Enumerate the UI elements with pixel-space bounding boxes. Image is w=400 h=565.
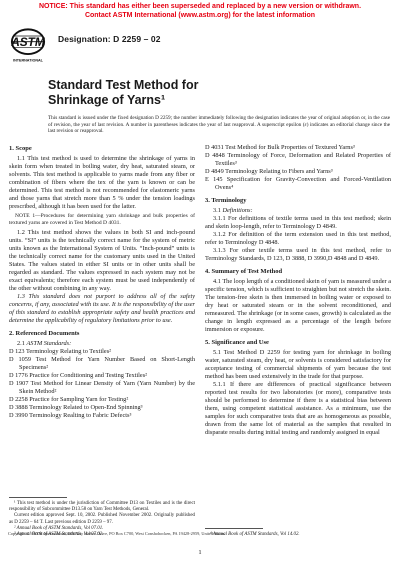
astm-logo: ASTM INTERNATIONAL [9, 27, 49, 69]
section-1-heading: 1. Scope [9, 145, 195, 153]
paragraph-1-2: 1.2 This test method shows the values in… [9, 229, 195, 293]
notice-line-1: NOTICE: This standard has either been su… [0, 3, 400, 12]
reference-item: D 4031 Test Method for Bulk Properties o… [205, 144, 391, 152]
section-2-heading: 2. Referenced Documents [9, 330, 195, 338]
title-line-2: Shrinkage of Yarns¹ [48, 93, 392, 108]
reference-item: D 3990 Terminology Realting to Fabric De… [9, 412, 195, 420]
document-title: Standard Test Method for Shrinkage of Ya… [48, 78, 392, 107]
paragraph-3-1-label: Definitions: [222, 207, 252, 214]
reference-item: D 2258 Practice for Sampling Yarn for Te… [9, 396, 195, 404]
section-5-heading: 5. Significance and Use [205, 339, 391, 347]
document-header: ASTM INTERNATIONAL Designation: D 2259 –… [9, 27, 392, 69]
astm-globe-icon: ASTM INTERNATIONAL [9, 27, 47, 64]
reference-item: D 1907 Test Method for Linear Density of… [9, 380, 195, 396]
paragraph-5-1-1: 5.1.1 If there are differences of practi… [205, 381, 391, 437]
designation-label: Designation: D 2259 – 02 [58, 34, 161, 44]
paragraph-3-1-3: 3.1.3 For other textile terms used in th… [205, 247, 391, 263]
title-line-1: Standard Test Method for [48, 78, 392, 93]
referenced-documents-list-right: D 4031 Test Method for Bulk Properties o… [205, 144, 391, 192]
two-column-body: 1. Scope 1.1 This test method is used to… [9, 144, 391, 538]
reference-item: D 1776 Practice for Conditioning and Tes… [9, 372, 195, 380]
paragraph-2-1: 2.1 ASTM Standards: [9, 340, 195, 348]
copyright-line: Copyright © ASTM International, 100 Barr… [8, 531, 226, 536]
section-3-heading: 3. Terminology [205, 197, 391, 205]
paragraph-4-1: 4.1 The loop length of a conditioned ske… [205, 278, 391, 334]
reference-item: D 1059 Test Method for Yarn Number Based… [9, 356, 195, 372]
footnote-4: ⁴ Annual Book of ASTM Standards, Vol 14.… [205, 532, 391, 538]
footnote-divider-left [9, 497, 67, 498]
left-column: 1. Scope 1.1 This test method is used to… [9, 144, 195, 538]
paragraph-3-1: 3.1 Definitions: [205, 207, 391, 215]
page-number: 1 [0, 549, 400, 556]
paragraph-1-3: 1.3 This standard does not purport to ad… [9, 293, 195, 325]
referenced-documents-list-left: D 123 Terminology Relating to Textiles² … [9, 348, 195, 420]
astm-logo-subtext: INTERNATIONAL [13, 59, 44, 63]
reference-item: D 4848 Terminology of Force, Deformation… [205, 152, 391, 168]
right-column: D 4031 Test Method for Bulk Properties o… [205, 144, 391, 538]
note-1: NOTE 1—Procedures for determining yarn s… [9, 213, 195, 226]
superseded-notice: NOTICE: This standard has either been su… [0, 3, 400, 20]
paragraph-3-1-1: 3.1.1 For definitions of textile terms u… [205, 215, 391, 231]
paragraph-3-1-2: 3.1.2 For definition of the term extensi… [205, 231, 391, 247]
reference-item: E 145 Specification for Gravity-Convecti… [205, 176, 391, 192]
reference-item: D 4849 Terminology Relating to Fibers an… [205, 168, 391, 176]
footnote-1a: ¹ This test method is under the jurisdic… [9, 501, 195, 513]
paragraph-2-1-label: ASTM Standards: [26, 340, 71, 347]
footnote-divider-right [205, 528, 263, 529]
paragraph-5-1: 5.1 Test Method D 2259 for testing yarn … [205, 349, 391, 381]
paragraph-1-1: 1.1 This test method is used to determin… [9, 155, 195, 211]
reference-item: D 3888 Terminology Related to Open-End S… [9, 404, 195, 412]
reference-item: D 123 Terminology Relating to Textiles² [9, 348, 195, 356]
astm-logo-text: ASTM [10, 35, 46, 49]
issuance-disclaimer: This standard is issued under the fixed … [48, 115, 390, 135]
footnote-1b: Current edition approved Sept. 10, 2002.… [9, 513, 195, 525]
notice-line-2: Contact ASTM International (www.astm.org… [0, 12, 400, 21]
section-4-heading: 4. Summary of Test Method [205, 268, 391, 276]
